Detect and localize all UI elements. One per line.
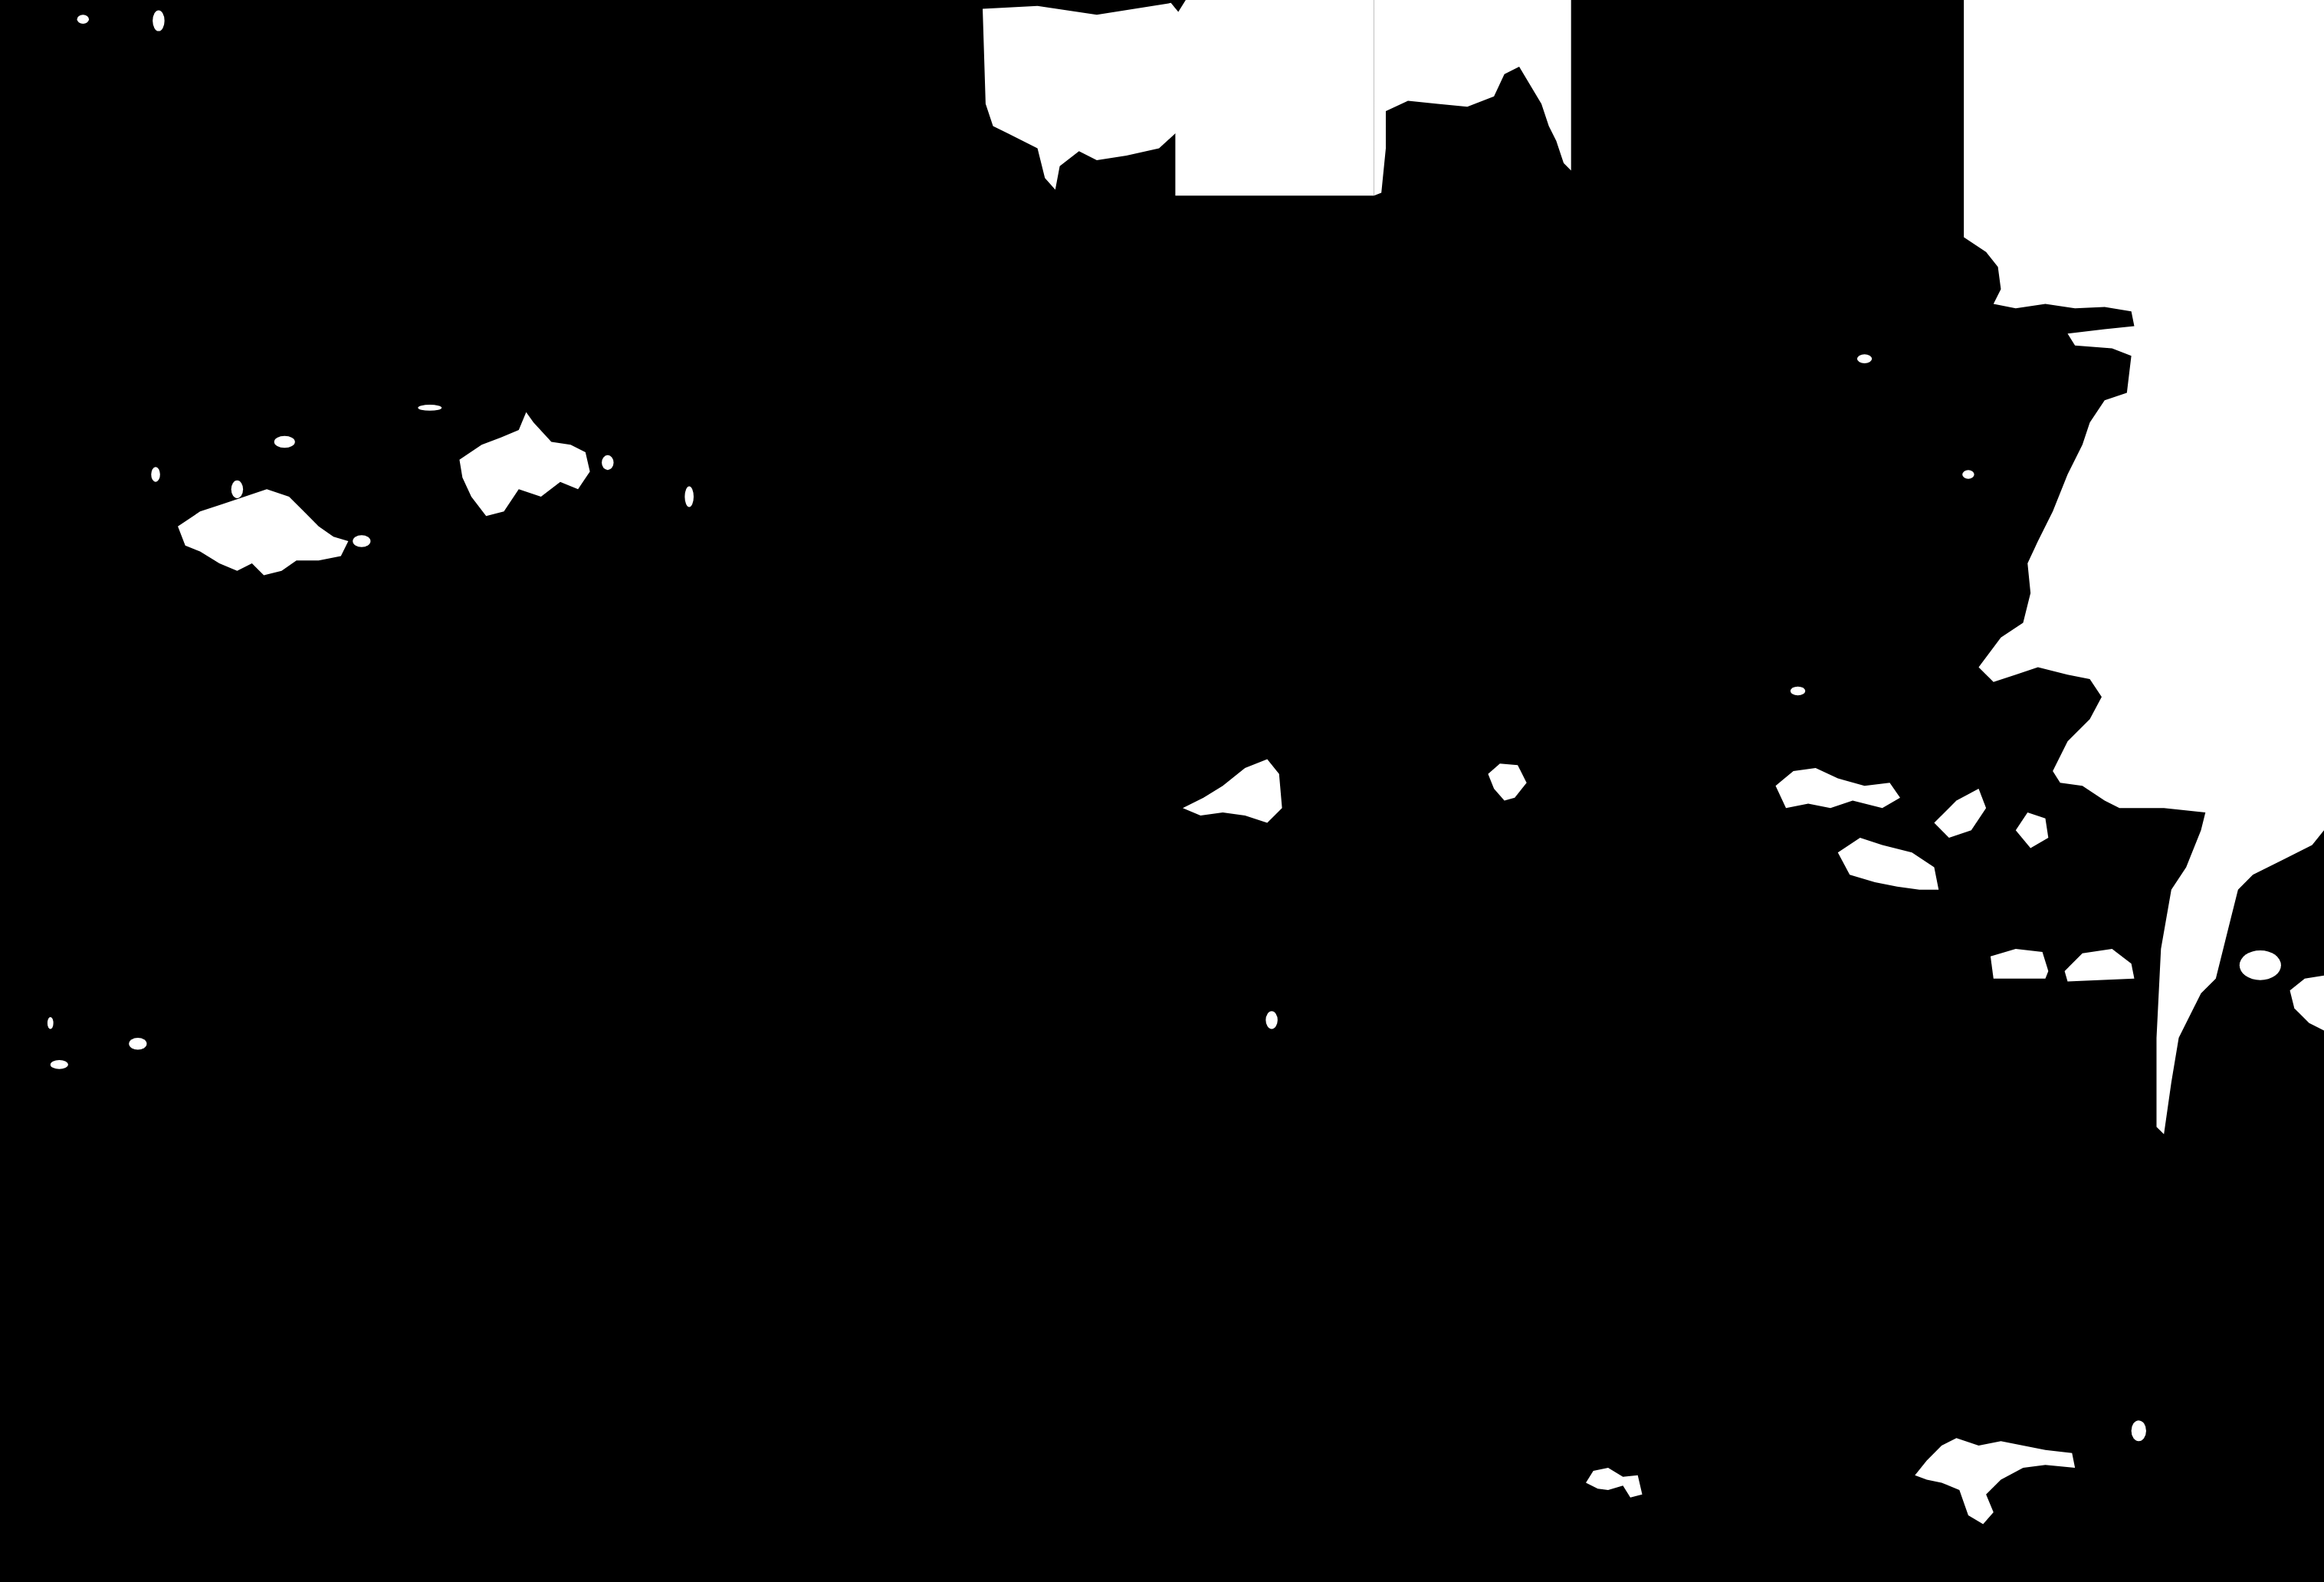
segmentation-mask [0,0,2324,1582]
mask-speck [77,15,89,24]
mask-speck [353,535,370,546]
mask-speck [151,467,160,481]
mask-speck [418,405,441,411]
mask-speck [1962,470,1974,479]
mask-speck [1265,1011,1277,1029]
mask-speck [153,11,164,31]
mask-speck [2240,950,2281,980]
mask-speck [2132,1420,2146,1441]
mask-speck [274,436,295,448]
mask-speck [231,481,243,498]
mask-speck [48,1017,54,1029]
mask-speck [1791,687,1805,696]
mask-speck [51,1060,68,1069]
mask-speck [602,455,613,470]
mask-speck [684,486,694,507]
mask-speck [1857,354,1872,363]
mask-speck [129,1038,146,1049]
